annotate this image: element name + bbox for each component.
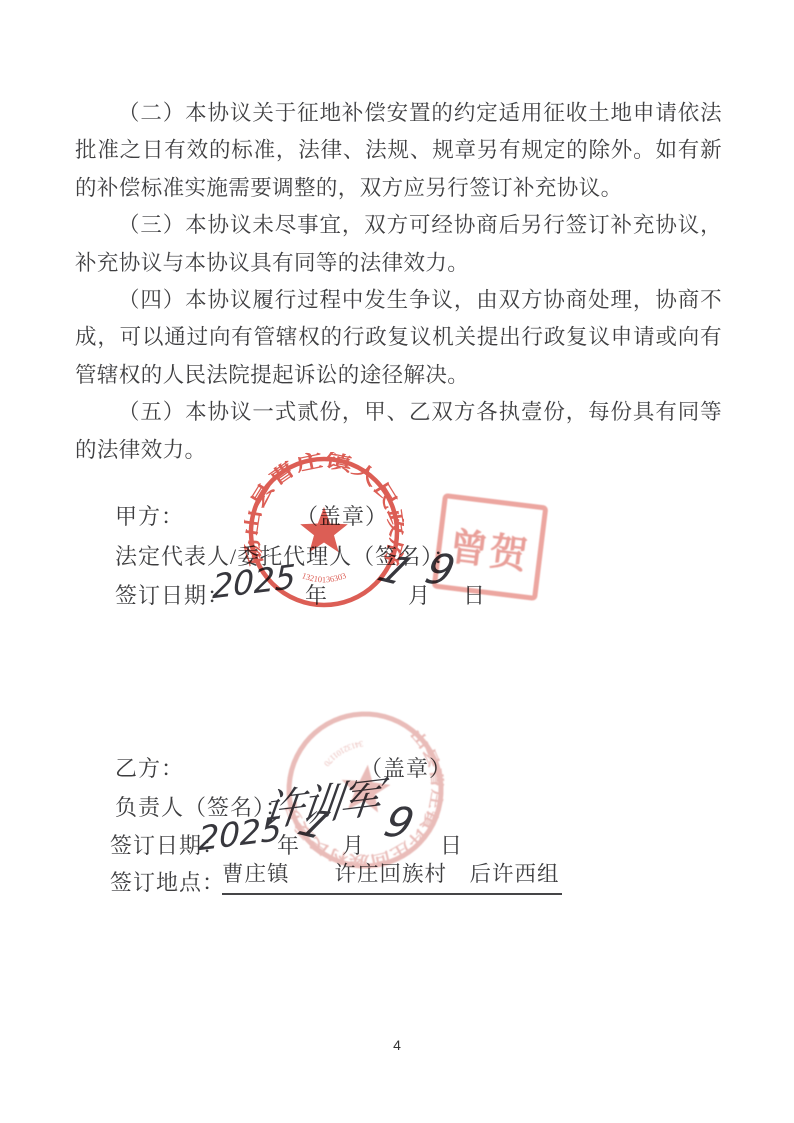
party-b-day-unit: 日 [440, 829, 463, 860]
clause-4: （四）本协议履行过程中发生争议，由双方协商处理，协商不成，可以通过向有管辖权的行… [75, 282, 722, 394]
party-b-place-label: 签订地点： [110, 866, 225, 897]
party-a-day-unit: 日 [463, 579, 486, 610]
document-page: （二）本协议关于征地补偿安置的约定适用征收土地申请依法批准之日有效的标准，法律、… [0, 0, 794, 1123]
party-b-place-value: 曹庄镇 许庄回族村 后许西组 [222, 857, 562, 895]
party-a-label: 甲方： [115, 500, 184, 531]
agreement-body: （二）本协议关于征地补偿安置的约定适用征收土地申请依法批准之日有效的标准，法律、… [75, 95, 722, 469]
party-b-label: 乙方： [115, 752, 184, 783]
clause-3: （三）本协议未尽事宜，双方可经协商后另行签订补充协议，补充协议与本协议具有同等的… [75, 207, 722, 282]
party-a-year-unit: 年 [305, 579, 328, 610]
party-b-date-day-handwritten: 9 [379, 797, 419, 848]
clause-5: （五）本协议一式贰份，甲、乙双方各执壹份，每份具有同等的法律效力。 [75, 394, 722, 469]
clause-2: （二）本协议关于征地补偿安置的约定适用征收土地申请依法批准之日有效的标准，法律、… [75, 95, 722, 207]
party-b-month-unit: 月 [342, 829, 365, 860]
page-number: 4 [0, 1037, 794, 1053]
party-a-stamp-hint: （盖章） [296, 500, 388, 531]
